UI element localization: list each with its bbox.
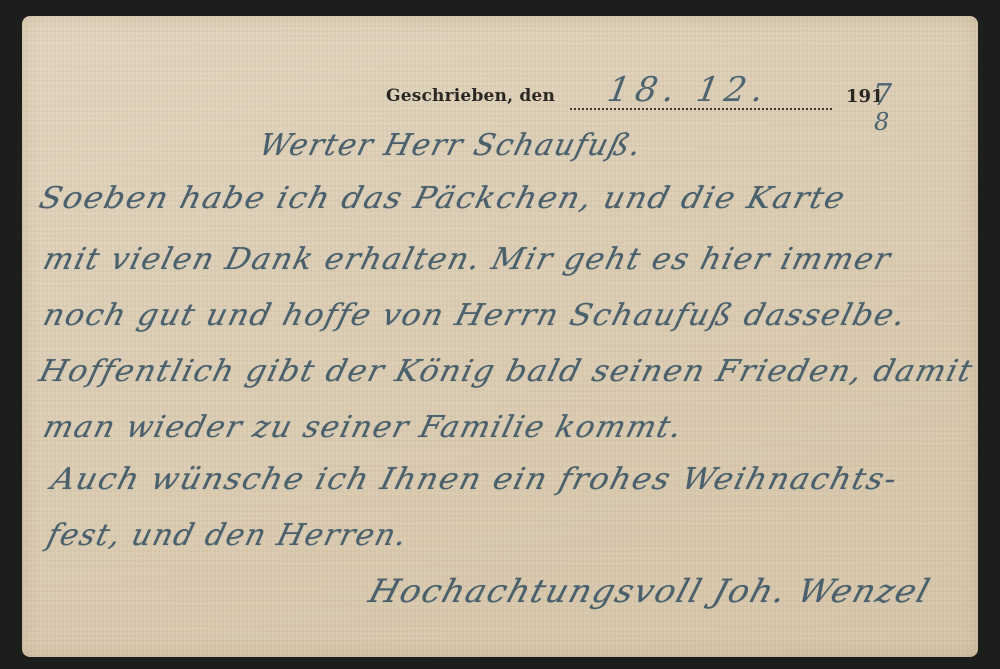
letter-signature: Hochachtungsvoll Joh. Wenzel: [365, 572, 936, 610]
letter-line-6: Auch wünsche ich Ihnen ein frohes Weihna…: [48, 462, 902, 497]
handwritten-date: 18. 12.: [604, 70, 772, 110]
letter-line-4: Hoffentlich gibt der König bald seinen F…: [36, 354, 977, 389]
letter-line-5: man wieder zu seiner Familie kommt.: [40, 410, 687, 445]
letter-line-7: fest, und den Herren.: [44, 518, 412, 553]
date-header: Geschrieben, den 18. 12. 191 7 8: [386, 76, 946, 116]
printed-written-on-label: Geschrieben, den: [386, 86, 555, 106]
letter-line-2: mit vielen Dank erhalten. Mir geht es hi…: [40, 242, 895, 277]
letter-line-3: noch gut und hoffe von Herrn Schaufuß da…: [40, 298, 911, 333]
postcard: Geschrieben, den 18. 12. 191 7 8 Werter …: [22, 16, 978, 657]
letter-salutation: Werter Herr Schaufuß.: [256, 128, 646, 163]
handwritten-year-correction: 8: [874, 108, 889, 136]
letter-line-1: Soeben habe ich das Päckchen, und die Ka…: [36, 181, 850, 216]
